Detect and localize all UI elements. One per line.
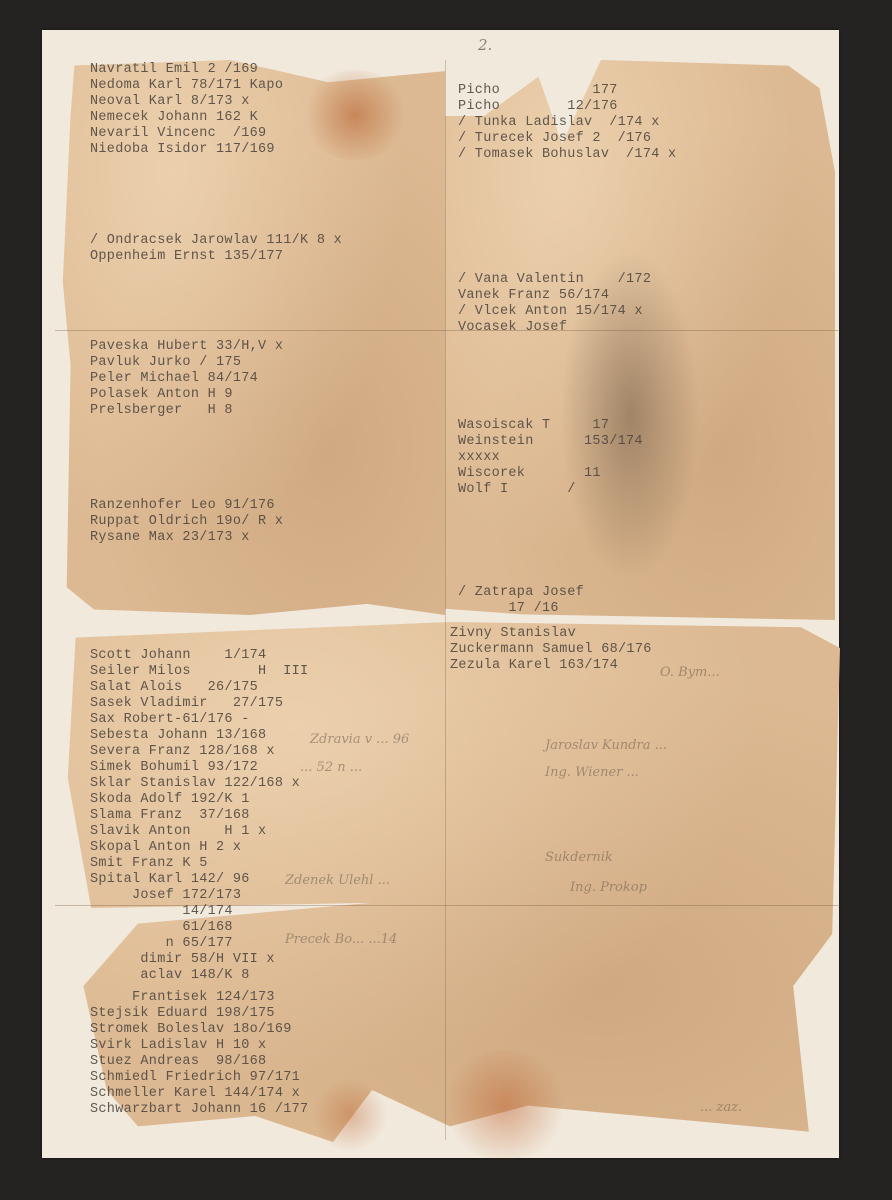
list-item: Weinstein 153/174	[458, 434, 643, 450]
handwritten-note: O. Bym...	[660, 665, 720, 680]
list-item: xxxxx	[458, 450, 643, 466]
handwritten-note: ... 52 n ...	[300, 760, 362, 775]
list-item: Sklar Stanislav 122/168 x	[90, 776, 308, 792]
list-item: Wiscorek 11	[458, 466, 643, 482]
list-item: Ranzenhofer Leo 91/176	[90, 498, 283, 514]
list-item: / Ondracsek Jarowlav 111/K 8 x	[90, 233, 342, 249]
list-item: / Vlcek Anton 15/174 x	[458, 304, 651, 320]
list-item: Polasek Anton H 9	[90, 387, 283, 403]
page-number: 2.	[478, 36, 492, 54]
handwritten-note: Precek Bo... ...14	[285, 932, 397, 947]
typed-list-r-names: Ranzenhofer Leo 91/176 Ruppat Oldrich 19…	[90, 498, 283, 546]
list-item: Skopal Anton H 2 x	[90, 840, 308, 856]
list-item: / Turecek Josef 2 /176	[458, 131, 676, 147]
typed-list-t-names: Picho 177 Picho 12/176 / Tunka Ladislav …	[458, 83, 676, 163]
handwritten-note: Zdenek Ulehl ...	[285, 873, 390, 888]
typed-list-z-names-continued: Zivny Stanislav Zuckermann Samuel 68/176…	[450, 626, 652, 674]
list-item: Schmeller Karel 144/174 x	[90, 1086, 308, 1102]
list-item: Prelsberger H 8	[90, 403, 283, 419]
list-item: Zezula Karel 163/174	[450, 658, 652, 674]
list-item: / Vana Valentin /172	[458, 272, 651, 288]
list-item: Schmiedl Friedrich 97/171	[90, 1070, 308, 1086]
list-item: Neoval Karl 8/173 x	[90, 94, 283, 110]
list-item: Rysane Max 23/173 x	[90, 530, 283, 546]
handwritten-note: Jaroslav Kundra ...	[545, 738, 667, 753]
list-item: Frantisek 124/173	[90, 990, 308, 1006]
list-item: / Tunka Ladislav /174 x	[458, 115, 676, 131]
list-item: Stromek Boleslav 18o/169	[90, 1022, 308, 1038]
list-item: Oppenheim Ernst 135/177	[90, 249, 342, 265]
list-item: Niedoba Isidor 117/169	[90, 142, 283, 158]
typed-list-w-names: Wasoiscak T 17 Weinstein 153/174 xxxxx W…	[458, 418, 643, 498]
list-item: Sasek Vladimir 27/175	[90, 696, 308, 712]
list-item: Zuckermann Samuel 68/176	[450, 642, 652, 658]
list-item: / Zatrapa Josef	[458, 585, 584, 601]
fold-line	[445, 60, 446, 1140]
list-item: 17 /16	[458, 601, 584, 617]
list-item: Slama Franz 37/168	[90, 808, 308, 824]
list-item: Scott Johann 1/174	[90, 648, 308, 664]
list-item: Simek Bohumil 93/172	[90, 760, 308, 776]
list-item: Sax Robert-61/176 -	[90, 712, 308, 728]
list-item: Nevaril Vincenc /169	[90, 126, 283, 142]
list-item: Vocasek Josef	[458, 320, 651, 336]
list-item: Nedoma Karl 78/171 Kapo	[90, 78, 283, 94]
typed-list-v-names: / Vana Valentin /172 Vanek Franz 56/174 …	[458, 272, 651, 336]
list-item: 61/168	[90, 920, 308, 936]
list-item: Schwarzbart Johann 16 /177	[90, 1102, 308, 1118]
list-item: Nemecek Johann 162 K	[90, 110, 283, 126]
list-item: Navratil Emil 2 /169	[90, 62, 283, 78]
rust-stain	[300, 70, 410, 160]
list-item: Slavik Anton H 1 x	[90, 824, 308, 840]
list-item: Vanek Franz 56/174	[458, 288, 651, 304]
list-item: Josef 172/173	[90, 888, 308, 904]
list-item: n 65/177	[90, 936, 308, 952]
typed-list-n-names: Navratil Emil 2 /169 Nedoma Karl 78/171 …	[90, 62, 283, 158]
handwritten-note: Ing. Wiener ...	[545, 765, 639, 780]
list-item: aclav 148/K 8	[90, 968, 308, 984]
list-item: Paveska Hubert 33/H,V x	[90, 339, 283, 355]
list-item: Wasoiscak T 17	[458, 418, 643, 434]
list-item: Seiler Milos H III	[90, 664, 308, 680]
list-item: Stejsik Eduard 198/175	[90, 1006, 308, 1022]
handwritten-note: Ing. Prokop	[570, 880, 647, 895]
typed-list-s-names-continued: Frantisek 124/173 Stejsik Eduard 198/175…	[90, 990, 308, 1118]
fold-line	[55, 330, 840, 331]
rust-stain	[440, 1050, 570, 1160]
handwritten-note: Sukdernik	[545, 850, 613, 865]
list-item: Sebesta Johann 13/168	[90, 728, 308, 744]
list-item: Pavluk Jurko / 175	[90, 355, 283, 371]
handwritten-note: Zdravia v ... 96	[310, 732, 409, 747]
typed-list-s-names: Scott Johann 1/174 Seiler Milos H III Sa…	[90, 648, 308, 984]
list-item: Severa Franz 128/168 x	[90, 744, 308, 760]
typed-list-o-names: / Ondracsek Jarowlav 111/K 8 x Oppenheim…	[90, 233, 342, 265]
list-item: Wolf I /	[458, 482, 643, 498]
list-item: Spital Karl 142/ 96	[90, 872, 308, 888]
list-item: Picho 12/176	[458, 99, 676, 115]
list-item: Peler Michael 84/174	[90, 371, 283, 387]
list-item: Picho 177	[458, 83, 676, 99]
typed-list-z-names: / Zatrapa Josef 17 /16	[458, 585, 584, 617]
list-item: Stuez Andreas 98/168	[90, 1054, 308, 1070]
list-item: 14/174	[90, 904, 308, 920]
rust-stain	[310, 1080, 390, 1150]
list-item: dimir 58/H VII x	[90, 952, 308, 968]
list-item: Skoda Adolf 192/K 1	[90, 792, 308, 808]
list-item: Svirk Ladislav H 10 x	[90, 1038, 308, 1054]
list-item: Zivny Stanislav	[450, 626, 652, 642]
typed-list-p-names: Paveska Hubert 33/H,V x Pavluk Jurko / 1…	[90, 339, 283, 419]
handwritten-note: ... zaz.	[700, 1100, 742, 1115]
list-item: / Tomasek Bohuslav /174 x	[458, 147, 676, 163]
list-item: Ruppat Oldrich 19o/ R x	[90, 514, 283, 530]
list-item: Smit Franz K 5	[90, 856, 308, 872]
list-item: Salat Alois 26/175	[90, 680, 308, 696]
